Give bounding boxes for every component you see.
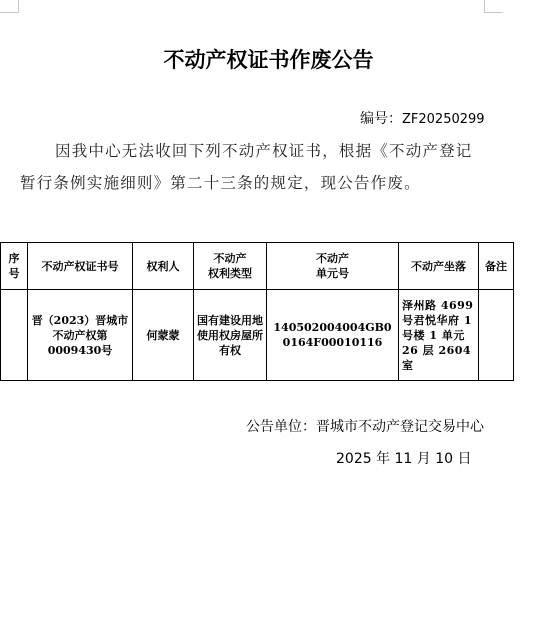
header-right-type-line2: 权利类型 — [197, 266, 263, 281]
cell-right-type: 国有建设用地使用权房屋所有权 — [194, 290, 267, 381]
cell-unit-no: 140502004004GB00164F00010116 — [267, 290, 399, 381]
table-row: 晋（2023）晋城市不动产权第0009430号 何蒙蒙 国有建设用地使用权房屋所… — [1, 290, 514, 381]
body-text-line-1: 因我中心无法收回下列不动产权证书，根据《不动产登记 — [55, 139, 535, 161]
page-corner-mark-top-right — [484, 0, 503, 13]
body-text-line-2: 暂行条例实施细则》第二十三条的规定，现公告作废。 — [20, 171, 500, 193]
header-unit-no-line1: 不动产 — [270, 251, 395, 266]
cell-location: 泽州路 4699 号君悦华府 1 号楼 1 单元 26 层 2604 室 — [399, 290, 479, 381]
header-unit-no-line2: 单元号 — [270, 266, 395, 281]
header-seq: 序号 — [1, 243, 28, 290]
certificate-table: 序号 不动产权证书号 权利人 不动产 权利类型 不动产 单元号 不动产坐落 备注… — [0, 242, 514, 381]
header-remark: 备注 — [479, 243, 514, 290]
cell-holder: 何蒙蒙 — [133, 290, 194, 381]
page-corner-mark-top-left — [0, 0, 19, 13]
table-header-row: 序号 不动产权证书号 权利人 不动产 权利类型 不动产 单元号 不动产坐落 备注 — [1, 243, 514, 290]
document-number: 编号：ZF20250299 — [360, 108, 485, 128]
issuing-unit: 公告单位：晋城市不动产登记交易中心 — [246, 416, 484, 436]
header-cert-no: 不动产权证书号 — [28, 243, 133, 290]
cell-cert-no: 晋（2023）晋城市不动产权第0009430号 — [28, 290, 133, 381]
header-right-type-line1: 不动产 — [197, 251, 263, 266]
cell-remark — [479, 290, 514, 381]
header-right-type: 不动产 权利类型 — [194, 243, 267, 290]
issue-date: 2025 年 11 月 10 日 — [336, 448, 472, 468]
header-unit-no: 不动产 单元号 — [267, 243, 399, 290]
document-number-value: ZF20250299 — [402, 112, 485, 127]
header-holder: 权利人 — [133, 243, 194, 290]
cell-seq — [1, 290, 28, 381]
header-location: 不动产坐落 — [399, 243, 479, 290]
document-title: 不动产权证书作废公告 — [0, 44, 537, 74]
document-number-label: 编号： — [360, 111, 402, 127]
